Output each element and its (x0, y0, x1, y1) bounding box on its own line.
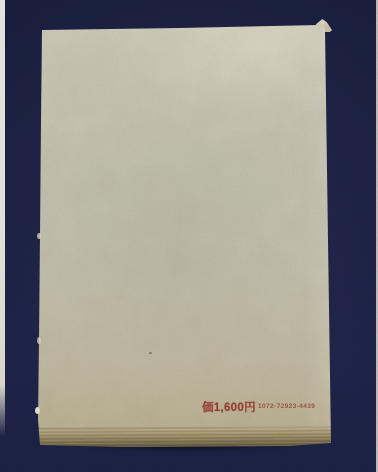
photo-edge-left (0, 0, 5, 437)
book-slipcase-back: 価1,600円 1072-72923-4439 (0, 0, 378, 472)
distribution-code: 1072-72923-4439 (258, 403, 315, 410)
paper-speck (149, 352, 152, 354)
paper-mottle-texture (0, 0, 378, 472)
edge-chip (37, 337, 41, 344)
photo: 価1,600円 1072-72923-4439 (0, 0, 378, 472)
edge-chip (35, 407, 40, 414)
price-stamp: 価1,600円 (202, 399, 256, 415)
edge-chip (37, 233, 41, 239)
